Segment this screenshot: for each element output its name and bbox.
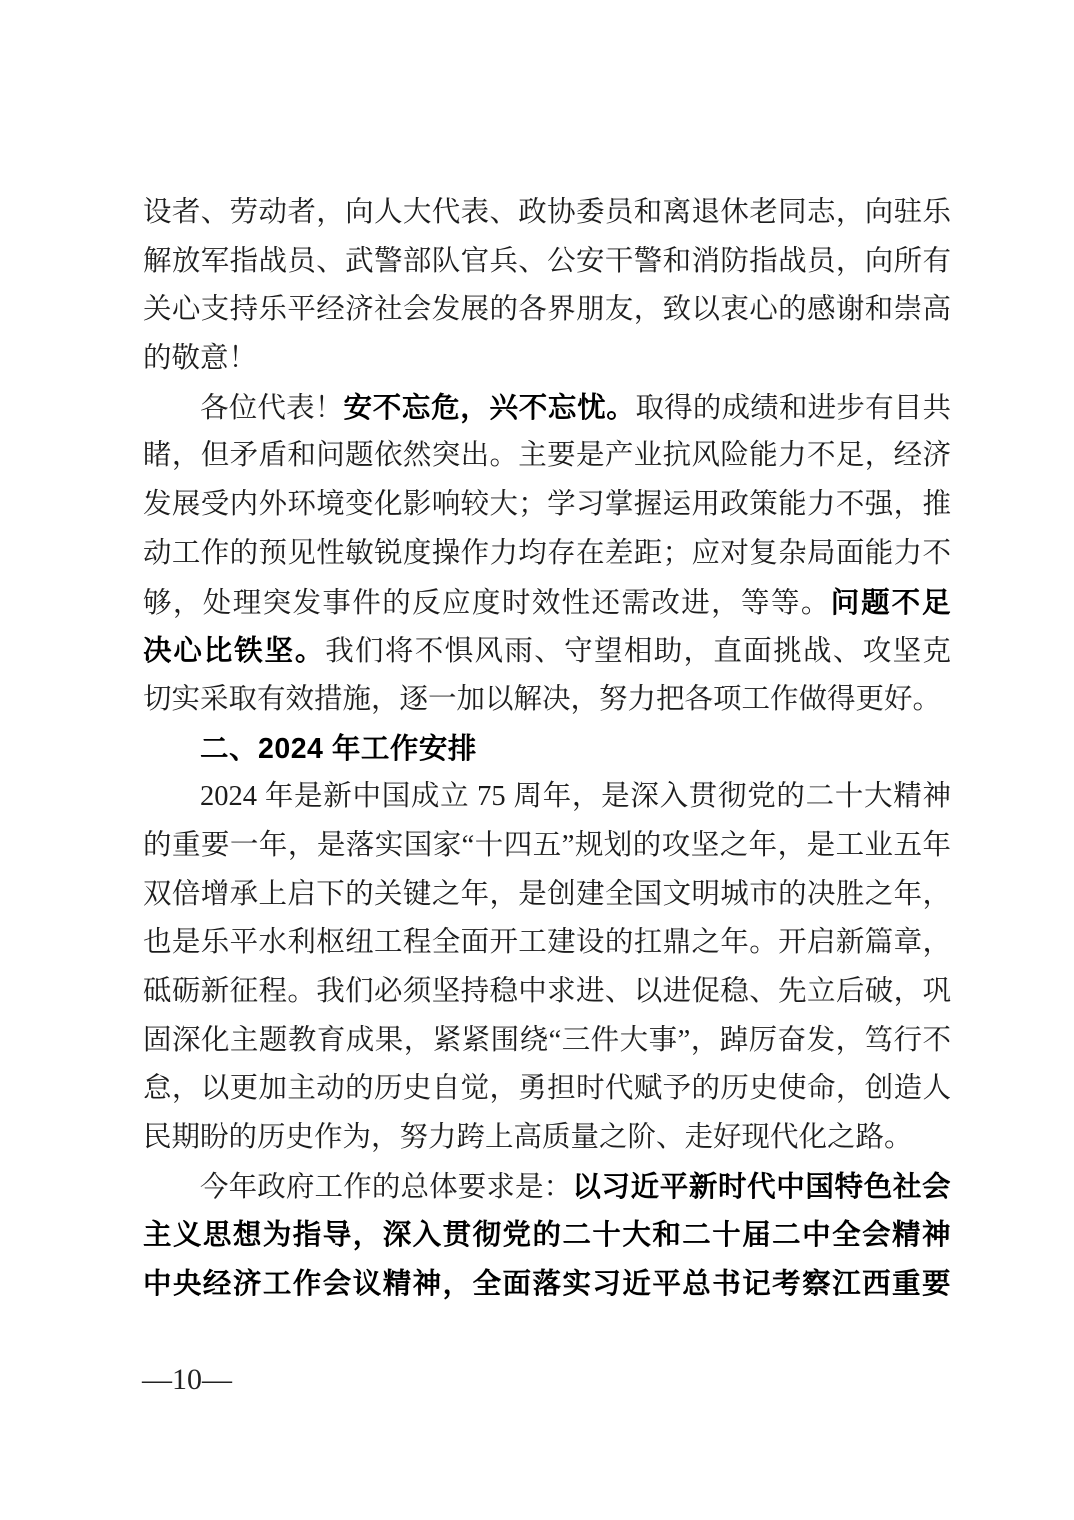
text-run: 也是乐平水利枢纽工程全面开工建设的扛鼎之年。开启新篇章， [143,927,951,958]
text-run: 够，处理突发事件的反应度时效性还需改进，等等。 [143,588,831,619]
text-line: 固深化主题教育成果，紧紧围绕“三件大事”，踔厉奋发，笃行不 [143,1017,951,1066]
text-line: 民期盼的历史作为，努力跨上高质量之阶、走好现代化之路。 [143,1114,951,1163]
bold-text-run: 决心比铁坚。 [143,635,325,667]
text-line: 决心比铁坚。我们将不惧风雨、守望相助，直面挑战、攻坚克难， [143,627,951,676]
text-line: 中央经济工作会议精神，全面落实习近平总书记考察江西重要讲 [143,1260,951,1309]
text-line: 也是乐平水利枢纽工程全面开工建设的扛鼎之年。开启新篇章， [143,919,951,968]
text-run: 固深化主题教育成果，紧紧围绕“三件大事”，踔厉奋发，笃行不 [143,1025,951,1056]
text-run: 怠，以更加主动的历史自觉，勇担时代赋予的历史使命，创造人 [143,1073,951,1104]
text-line: 动工作的预见性敏锐度操作力均存在差距；应对复杂局面能力不 [143,530,951,579]
bold-text-run: 中央经济工作会议精神，全面落实习近平总书记考察江西重要讲 [143,1268,951,1309]
text-line: 发展受内外环境变化影响较大；学习掌握运用政策能力不强，推 [143,481,951,530]
document-body: 设者、劳动者，向人大代表、政协委员和离退休老同志，向驻乐解放军指战员、武警部队官… [143,189,951,1309]
text-run: 各位代表！ [200,393,344,424]
bold-text-run: 安不忘危，兴不忘忧。 [344,392,636,424]
text-line: 今年政府工作的总体要求是：以习近平新时代中国特色社会 [143,1163,951,1212]
text-line: 关心支持乐平经济社会发展的各界朋友，致以衷心的感谢和崇高 [143,286,951,335]
text-run: 民期盼的历史作为，努力跨上高质量之阶、走好现代化之路。 [143,1122,913,1153]
text-run: 的重要一年，是落实国家“十四五”规划的攻坚之年，是工业五年 [143,830,951,861]
text-run: 设者、劳动者，向人大代表、政协委员和离退休老同志，向驻乐 [143,197,951,228]
text-run: 发展受内外环境变化影响较大；学习掌握运用政策能力不强，推 [143,489,951,520]
text-run: 关心支持乐平经济社会发展的各界朋友，致以衷心的感谢和崇高 [143,294,951,325]
text-run: 取得的成绩和进步有目共 [635,393,950,424]
text-line: 的重要一年，是落实国家“十四五”规划的攻坚之年，是工业五年 [143,822,951,871]
text-line: 睹，但矛盾和问题依然突出。主要是产业抗风险能力不足，经济 [143,432,951,481]
text-line: 怠，以更加主动的历史自觉，勇担时代赋予的历史使命，创造人 [143,1065,951,1114]
text-run: 今年政府工作的总体要求是： [200,1172,572,1203]
text-line: 双倍增承上启下的关键之年，是创建全国文明城市的决胜之年， [143,871,951,920]
text-run: 解放军指战员、武警部队官兵、公安干警和消防指战员，向所有 [143,246,951,277]
text-line: 的敬意！ [143,335,951,384]
text-run: 砥砺新征程。我们必须坚持稳中求进、以进促稳、先立后破，巩 [143,976,951,1007]
text-line: 2024 年是新中国成立 75 周年，是深入贯彻党的二十大精神 [143,773,951,822]
text-run: 双倍增承上启下的关键之年，是创建全国文明城市的决胜之年， [143,879,951,910]
text-run: 睹，但矛盾和问题依然突出。主要是产业抗风险能力不足，经济 [143,440,951,471]
text-line: 够，处理突发事件的反应度时效性还需改进，等等。问题不足惧， [143,579,951,628]
text-run: 2024 年是新中国成立 75 周年，是深入贯彻党的二十大精神 [200,781,951,812]
text-line: 砥砺新征程。我们必须坚持稳中求进、以进促稳、先立后破，巩 [143,968,951,1017]
text-run: 的敬意！ [143,343,257,374]
text-line: 主义思想为指导，深入贯彻党的二十大和二十届二中全会精神及 [143,1211,951,1260]
document-page: 设者、劳动者，向人大代表、政协委员和离退休老同志，向驻乐解放军指战员、武警部队官… [0,0,1074,1520]
bold-text-run: 主义思想为指导，深入贯彻党的二十大和二十届二中全会精神及 [143,1219,951,1260]
text-run: 动工作的预见性敏锐度操作力均存在差距；应对复杂局面能力不 [143,538,951,569]
text-run: 切实采取有效措施，逐一加以解决，努力把各项工作做得更好。 [143,684,941,715]
page-number: —10— [142,1360,232,1400]
bold-text-run: 二、2024 年工作安排 [200,733,477,765]
bold-text-run: 以习近平新时代中国特色社会 [572,1171,951,1203]
text-line: 各位代表！安不忘危，兴不忘忧。取得的成绩和进步有目共 [143,384,951,433]
text-line: 解放军指战员、武警部队官兵、公安干警和消防指战员，向所有 [143,238,951,287]
text-line: 二、2024 年工作安排 [143,725,951,774]
text-line: 切实采取有效措施，逐一加以解决，努力把各项工作做得更好。 [143,676,951,725]
text-line: 设者、劳动者，向人大代表、政协委员和离退休老同志，向驻乐 [143,189,951,238]
